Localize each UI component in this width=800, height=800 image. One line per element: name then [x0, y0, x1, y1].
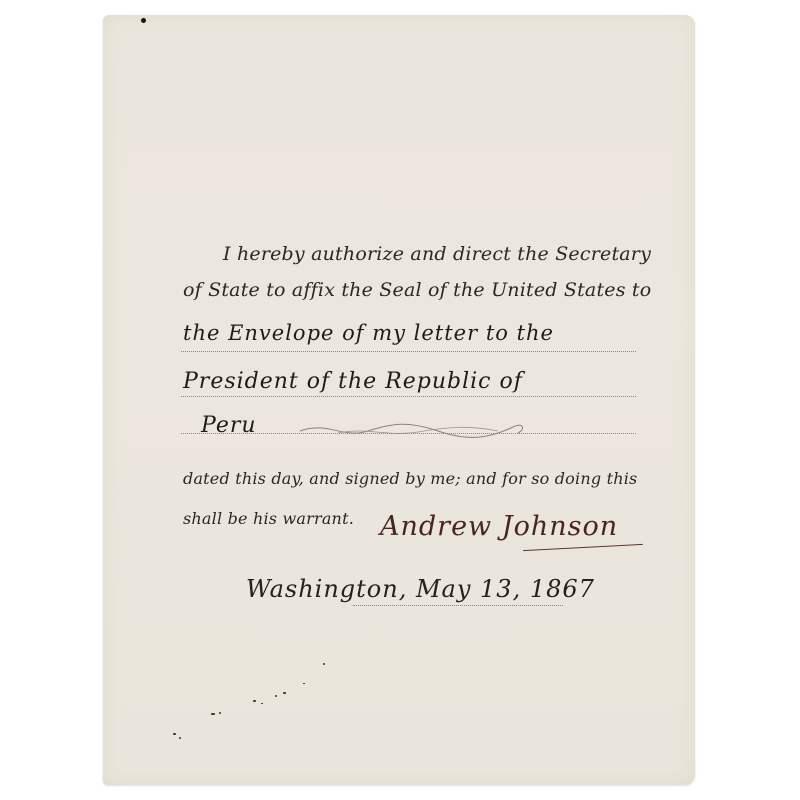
- filled-line-3: Peru: [201, 413, 257, 438]
- punch-hole: [141, 18, 146, 23]
- dateline: Washington, May 13, 1867: [246, 575, 595, 603]
- body-line-1: I hereby authorize and direct the Secret…: [223, 243, 651, 265]
- warrant-paper: I hereby authorize and direct the Secret…: [103, 15, 695, 785]
- writing-rule-2: [181, 396, 636, 397]
- filled-line-1: the Envelope of my letter to the: [183, 321, 554, 345]
- signature: Andrew Johnson: [380, 511, 618, 542]
- pen-flourish: [298, 417, 528, 441]
- foxing-specks: [163, 655, 333, 755]
- filled-line-2: President of the Republic of: [183, 369, 523, 394]
- body-line-4: shall be his warrant.: [183, 509, 354, 528]
- body-line-2: of State to affix the Seal of the United…: [183, 279, 651, 301]
- writing-rule-1: [181, 351, 636, 352]
- writing-rule-3: [181, 433, 636, 434]
- body-line-3: dated this day, and signed by me; and fo…: [183, 469, 637, 488]
- signature-underline: [523, 544, 643, 551]
- dateline-rule: [353, 605, 563, 606]
